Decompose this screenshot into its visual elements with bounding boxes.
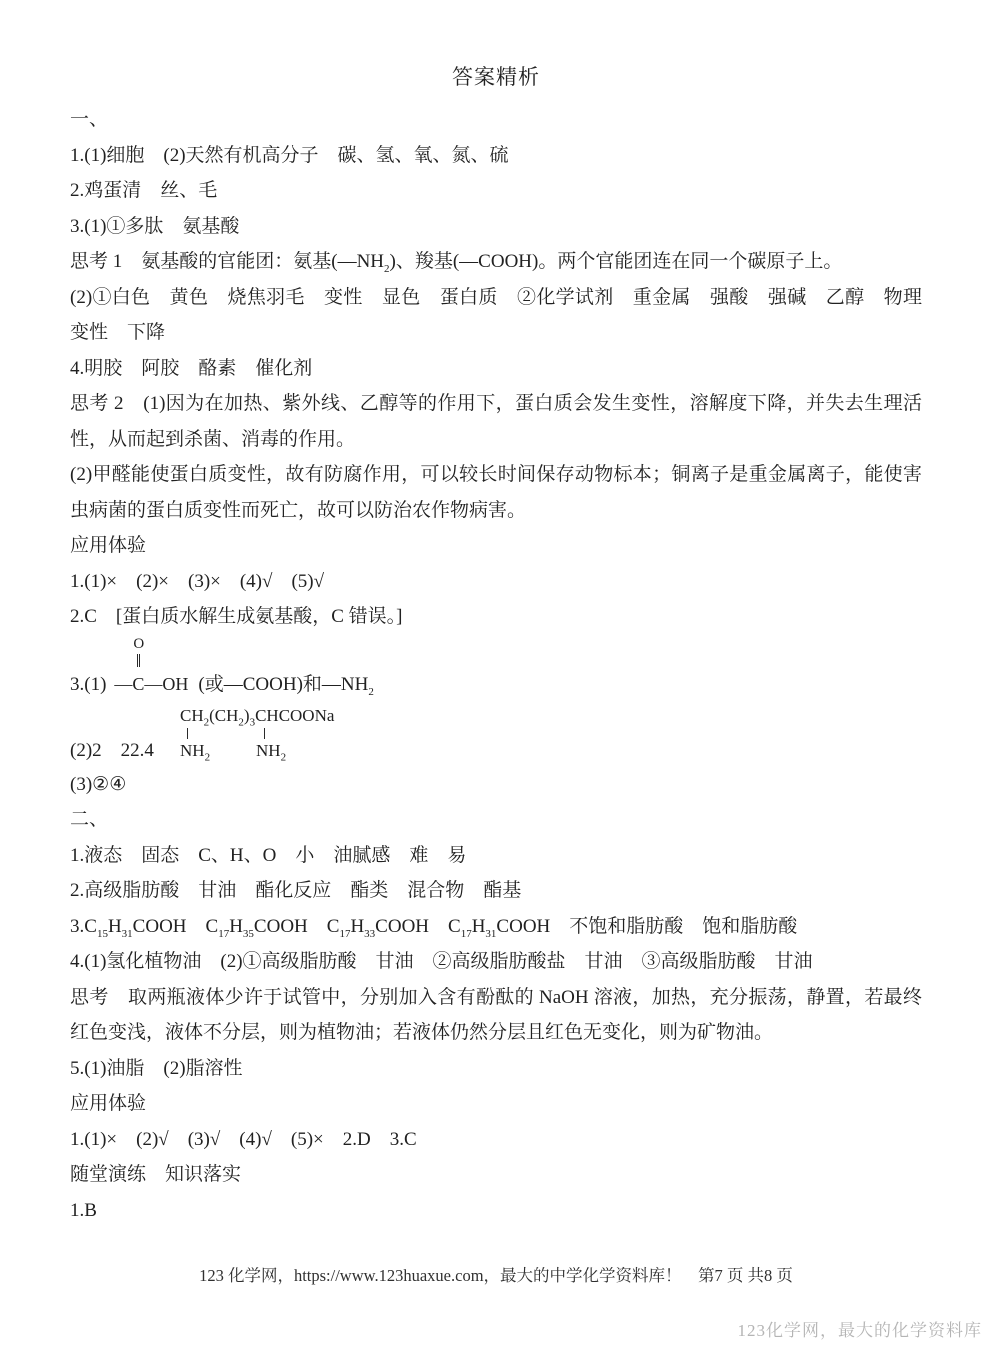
- true-false-answers: 1.(1)× (2)× (3)× (4)√ (5)√: [70, 564, 922, 600]
- single-bond: [264, 728, 265, 739]
- page-footer: 123 化学网，https://www.123huaxue.com，最大的中学化…: [0, 1262, 992, 1286]
- answer-paragraph: (2)①白色 黄色 烧焦羽毛 变性 显色 蛋白质 ②化学试剂 重金属 强酸 强碱…: [70, 280, 922, 351]
- oxygen-atom: O: [133, 637, 144, 652]
- thinking-note-paragraph: 思考 取两瓶液体少许于试管中，分别加入含有酚酞的 NaOH 溶液，加热，充分振荡…: [70, 980, 922, 1051]
- subsection-heading: 应用体验: [70, 1086, 922, 1122]
- true-false-answers: 1.(1)× (2)√ (3)√ (4)√ (5)× 2.D 3.C: [70, 1122, 922, 1158]
- answer-line: 4.(1)氢化植物油 (2)①高级脂肪酸 甘油 ②高级脂肪酸盐 甘油 ③高级脂肪…: [70, 944, 922, 980]
- answer-label: 3.(1): [70, 668, 106, 701]
- section-heading: 一、: [70, 102, 922, 138]
- carboxyl-structure: O —C—OH: [114, 668, 188, 701]
- amino-group: NH2: [180, 742, 210, 759]
- single-bond: [187, 728, 188, 739]
- answer-line: 2.高级脂肪酸 甘油 酯化反应 酯类 混合物 酯基: [70, 873, 922, 909]
- answer-line: 4.明胶 阿胶 酪素 催化剂: [70, 351, 922, 387]
- answer-line: (3)②④: [70, 767, 922, 803]
- thinking-note-line: 思考 1 氨基酸的官能团：氨基(—NH2)、羧基(—COOH)。两个官能团连在同…: [70, 244, 922, 280]
- subsection-heading: 随堂演练 知识落实: [70, 1157, 922, 1193]
- formula-line: (2)2 22.4 CH2(CH2)3CHCOONa NH2 NH2: [70, 703, 922, 767]
- page-title: 答案精析: [0, 0, 992, 92]
- answer-line: 3.(1)①多肽 氨基酸: [70, 209, 922, 245]
- carboxyl-main-row: —C—OH: [114, 674, 188, 694]
- answer-line: 2.C [蛋白质水解生成氨基酸，C 错误。]: [70, 599, 922, 635]
- formula-line: 3.(1) O —C—OH (或—COOH)和—NH2: [70, 643, 922, 701]
- lysine-structure: CH2(CH2)3CHCOONa NH2 NH2: [180, 707, 334, 724]
- subsection-heading: 应用体验: [70, 528, 922, 564]
- formula-alt-text: (或—COOH)和—NH2: [198, 668, 373, 701]
- answer-line: (2)2 22.4: [70, 739, 154, 763]
- answer-line: 1.B: [70, 1193, 922, 1229]
- answer-line: 3.C15H31COOH C17H35COOH C17H33COOH C17H3…: [70, 909, 922, 945]
- answer-line: 1.(1)细胞 (2)天然有机高分子 碳、氢、氧、氮、硫: [70, 138, 922, 174]
- answer-line: 1.液态 固态 C、H、O 小 油腻感 难 易: [70, 838, 922, 874]
- double-bond: [137, 654, 140, 667]
- answer-line: 5.(1)油脂 (2)脂溶性: [70, 1051, 922, 1087]
- answer-line: 2.鸡蛋清 丝、毛: [70, 173, 922, 209]
- document-body: 一、 1.(1)细胞 (2)天然有机高分子 碳、氢、氧、氮、硫 2.鸡蛋清 丝、…: [0, 102, 992, 1228]
- answer-paragraph: (2)甲醛能使蛋白质变性，故有防腐作用，可以较长时间保存动物标本；铜离子是重金属…: [70, 457, 922, 528]
- lysine-main-chain: CH2(CH2)3CHCOONa: [180, 707, 334, 724]
- watermark: 123化学网，最大的化学资料库: [738, 1316, 983, 1341]
- document-page: 答案精析 一、 1.(1)细胞 (2)天然有机高分子 碳、氢、氧、氮、硫 2.鸡…: [0, 0, 992, 1347]
- amino-group: NH2: [256, 742, 286, 759]
- thinking-note-paragraph: 思考 2 (1)因为在加热、紫外线、乙醇等的作用下，蛋白质会发生变性，溶解度下降…: [70, 386, 922, 457]
- section-heading: 二、: [70, 802, 922, 838]
